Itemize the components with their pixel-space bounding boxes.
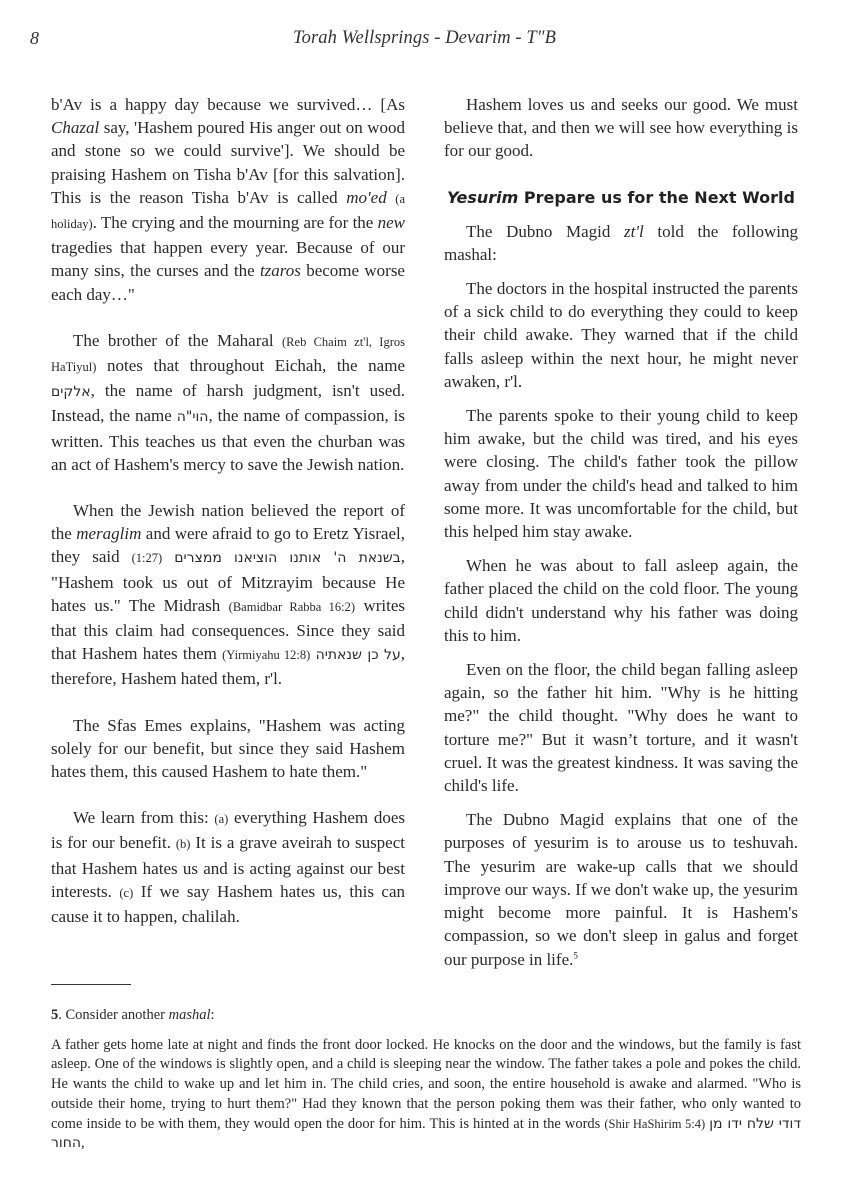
paragraph: Hashem loves us and seeks our good. We m… bbox=[444, 93, 798, 163]
hebrew-text: אלקים bbox=[51, 384, 91, 400]
paragraph: The parents spoke to their young child t… bbox=[444, 404, 798, 543]
paragraph: Even on the floor, the child began falli… bbox=[444, 658, 798, 797]
citation: (Shir HaShirim 5:4) bbox=[604, 1117, 705, 1131]
footnote-ref[interactable]: 5 bbox=[573, 950, 578, 960]
hebrew-text: בשנאת ה' אותנו הוציאנו ממצרים bbox=[174, 550, 401, 566]
paragraph: b'Av is a happy day because we survived…… bbox=[51, 93, 405, 306]
hebrew-text: הוי"ה bbox=[177, 409, 209, 425]
paragraph: When he was about to fall asleep again, … bbox=[444, 554, 798, 647]
paragraph: When the Jewish nation believed the repo… bbox=[51, 499, 405, 691]
section-heading: Yesurim Prepare us for the Next World bbox=[444, 186, 798, 209]
right-column: Hashem loves us and seeks our good. We m… bbox=[444, 93, 798, 971]
footnote-label: 5. Consider another mashal: bbox=[51, 1006, 801, 1026]
paragraph: The Sfas Emes explains, "Hashem was acti… bbox=[51, 714, 405, 784]
citation: (Bamidbar Rabba 16:2) bbox=[229, 600, 355, 614]
running-title: Torah Wellsprings - Devarim - T"B bbox=[0, 28, 849, 49]
paragraph: The Dubno Magid explains that one of the… bbox=[444, 808, 798, 970]
left-column: b'Av is a happy day because we survived…… bbox=[51, 93, 405, 928]
hebrew-text: על כן שנאתיה bbox=[316, 647, 401, 663]
paragraph: The brother of the Maharal (Reb Chaim zt… bbox=[51, 329, 405, 476]
paragraph: We learn from this: (a) everything Hashe… bbox=[51, 806, 405, 928]
footnote: 5. Consider another mashal: A father get… bbox=[51, 1006, 801, 1154]
paragraph: The Dubno Magid zt'l told the following … bbox=[444, 220, 798, 266]
citation: (1:27) bbox=[132, 551, 163, 565]
footnote-divider bbox=[51, 984, 131, 985]
citation: (Yirmiyahu 12:8) bbox=[222, 648, 310, 662]
page-header: 8 Torah Wellsprings - Devarim - T"B bbox=[0, 28, 849, 54]
footnote-body: A father gets home late at night and fin… bbox=[51, 1036, 801, 1154]
paragraph: The doctors in the hospital instructed t… bbox=[444, 277, 798, 393]
